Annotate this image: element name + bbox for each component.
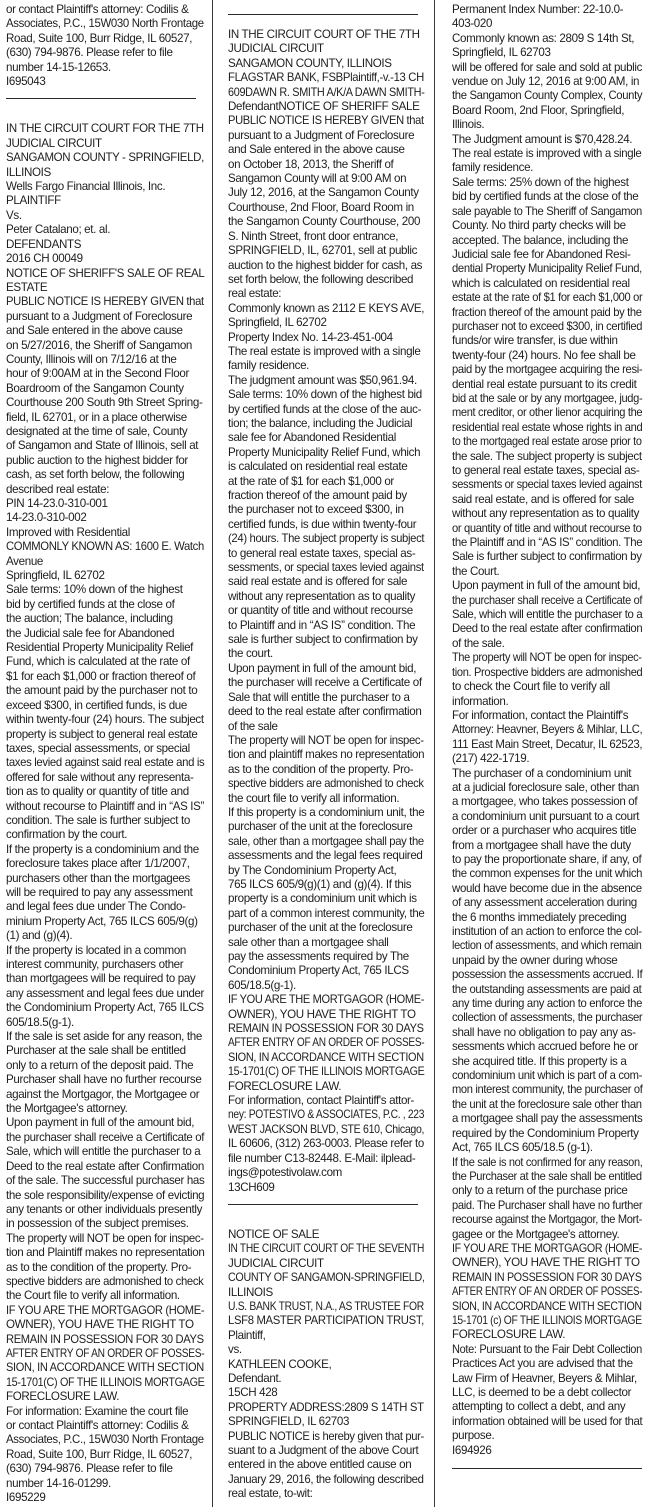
- notice-text-line: OWNER), YOU HAVE THE RIGHT TO: [6, 1318, 206, 1332]
- notice-text-line: field, IL 62701, or in a place otherwise: [6, 411, 206, 425]
- notice-text-line: Fund, which is calculated at the rate of: [6, 655, 206, 669]
- notice-text-line: The property will NOT be open for inspec…: [6, 1232, 203, 1246]
- notice-text-line: of the sale: [228, 720, 426, 734]
- notice-text-line: PUBLIC NOTICE IS HEREBY GIVEN that: [6, 295, 200, 309]
- notice-text-line: ment creditor, or other lienor acquiring…: [452, 406, 635, 420]
- notice-text-line: without recourse to Plaintiff and in “AS…: [6, 800, 205, 814]
- notice-text-line: number 14-15-12653.: [6, 61, 206, 75]
- notice-text-line: (217) 422-1719.: [452, 752, 644, 766]
- notice-text-line: family residence.: [452, 161, 644, 175]
- notice-text-line: within twenty-four (24) hours. The subje…: [6, 713, 206, 727]
- notice-text-line: said real estate, and is offered for sal…: [452, 493, 644, 507]
- notice-text-line: tion; the balance, including the Judicia…: [228, 417, 426, 431]
- notice-text-line: the purchaser will receive a Certificate…: [228, 676, 426, 690]
- notice-text-line: SPRINGFIELD, IL, 62701, sell at public: [228, 244, 426, 258]
- notice-text-line: against the Mortgagor, the Mortgagee or: [6, 1088, 206, 1102]
- notice-text-line: Courthouse 200 South 9th Street Spring-: [6, 396, 206, 410]
- notice-text-line: which is calculated on residential real: [452, 277, 644, 291]
- notice-text-line: deed to the real estate after confirmati…: [228, 705, 426, 719]
- notice-text-line: Avenue: [6, 555, 206, 569]
- notice-text-line: offered for sale without any representa-: [6, 771, 206, 785]
- notice-us-bank-v-cooke: NOTICE OF SALEIN THE CIRCUIT COURT OF TH…: [228, 1228, 426, 1502]
- notice-text-line: REMAIN IN POSSESSION FOR 30 DAYS: [6, 1333, 198, 1347]
- notice-text-line: REMAIN IN POSSESSION FOR 30 DAYS: [452, 1271, 629, 1285]
- notice-text-line: recourse against the Mortgagor, the Mort…: [452, 1213, 635, 1227]
- notice-text-line: auction to the highest bidder for cash, …: [228, 259, 426, 273]
- notice-text-line: I695043: [6, 75, 206, 89]
- notice-text-line: the Judicial sale fee for Abandoned: [6, 627, 206, 641]
- notice-text-line: purpose.: [452, 1429, 644, 1443]
- notice-text-line: sessments, or special taxes levied again…: [228, 561, 420, 575]
- column-left: or contact Plaintiff's attorney: Codilis…: [6, 3, 206, 1507]
- notice-text-line: sale is further subject to confirmation …: [228, 633, 426, 647]
- notice-text-line: ILLINOIS: [6, 166, 206, 180]
- notice-text-line: at a judicial foreclosure sale, other th…: [452, 781, 644, 795]
- notice-text-line: Permanent Index Number: 22-10.0-: [452, 3, 644, 17]
- notice-text-line: JUDICIAL CIRCUIT: [228, 1257, 426, 1271]
- notice-text-line: by The Condominium Property Act,: [228, 864, 426, 878]
- notice-text-line: AFTER ENTRY OF AN ORDER OF POSSES-: [228, 1036, 400, 1050]
- notice-text-line: For information, contact the Plaintiff's: [452, 709, 644, 723]
- notice-text-line: suant to a Judgment of the above Court: [228, 1444, 426, 1458]
- notice-separator: [452, 1468, 642, 1469]
- notice-text-line: fraction thereof of the amount paid by: [228, 489, 426, 503]
- notice-text-line: U.S. BANK TRUST, N.A., AS TRUSTEE FOR: [228, 1300, 404, 1314]
- notice-text-line: the unit at the foreclosure sale other t…: [452, 1098, 638, 1112]
- notice-text-line: and legal fees due under The Condo-: [6, 900, 206, 914]
- notice-text-line: any tenants or other individuals present…: [6, 1203, 206, 1217]
- notice-text-line: (24) hours. The subject property is subj…: [228, 532, 421, 546]
- notice-text-line: than mortgagees will be required to pay: [6, 972, 206, 986]
- notice-text-line: The real estate is improved with a singl…: [452, 147, 641, 161]
- notice-text-line: If the property is located in a common: [6, 944, 206, 958]
- notice-text-line: and Sale entered in the above cause: [6, 324, 206, 338]
- notice-text-line: Practices Act you are advised that the: [452, 1357, 644, 1371]
- notice-text-line: of the sale. The successful purchaser ha…: [6, 1174, 205, 1188]
- notice-text-line: COMMONLY KNOWN AS: 1600 E. Watch: [6, 540, 200, 554]
- notice-text-line: pay the assessments required by The: [228, 950, 426, 964]
- notice-text-line: without any representation as to quality: [452, 507, 644, 521]
- notice-text-line: REMAIN IN POSSESSION FOR 30 DAYS: [228, 1022, 416, 1036]
- notice-text-line: 13CH609: [228, 1181, 426, 1195]
- notice-text-line: The judgment amount was $50,961.94.: [228, 374, 426, 388]
- notice-text-line: Sale, which will entitle the purchaser t…: [452, 608, 640, 622]
- notice-text-line: If the sale is set aside for any reason,…: [6, 1030, 206, 1044]
- notice-text-line: to general real estate taxes, special as…: [228, 547, 426, 561]
- notice-text-line: DefendantNOTICE OF SHERIFF SALE: [228, 100, 426, 114]
- notice-text-line: sale payable to The Sheriff of Sangamon: [452, 205, 638, 219]
- notice-text-line: IN THE CIRCUIT COURT OF THE 7TH: [228, 28, 426, 42]
- notice-text-line: ney: POTESTIVO & ASSOCIATES, P.C. , 223: [228, 1108, 404, 1122]
- notice-text-line: only to a return of the purchase price: [452, 1184, 644, 1198]
- notice-text-line: designated at the time of sale, County: [6, 425, 206, 439]
- notice-text-line: Upon payment in full of the amount bid,: [6, 1116, 206, 1130]
- notice-text-line: AFTER ENTRY OF AN ORDER OF POSSES-: [6, 1347, 182, 1361]
- notice-text-line: information.: [452, 695, 644, 709]
- notice-text-line: funds/or wire transfer, is due within: [452, 334, 644, 348]
- notice-flagstar-v-smith: IN THE CIRCUIT COURT OF THE 7THJUDICIAL …: [228, 28, 426, 1195]
- notice-text-line: is calculated on residential real estate: [228, 460, 426, 474]
- notice-text-line: the outstanding assessments are paid at: [452, 983, 639, 997]
- column-divider: [212, 0, 213, 1507]
- notice-text-line: Deed to the real estate after confirmati…: [452, 622, 639, 636]
- notice-text-line: 609DAWN R. SMITH A/K/A DAWN SMITH-: [228, 86, 414, 100]
- notice-separator: [6, 98, 196, 99]
- notice-text-line: to Plaintiff and in “AS IS” condition. T…: [228, 619, 426, 633]
- notice-text-line: Upon payment in full of the amount bid,: [452, 579, 644, 593]
- notice-text-line: institution of an action to enforce the …: [452, 925, 641, 939]
- notice-text-line: JUDICIAL CIRCUIT: [228, 42, 426, 56]
- notice-text-line: Defendant.: [228, 1372, 426, 1386]
- notice-text-line: vs.: [228, 1343, 426, 1357]
- notice-text-line: the Sangamon County Courthouse, 200: [228, 215, 426, 229]
- notice-text-line: Wells Fargo Financial Illinois, Inc.: [6, 180, 206, 194]
- notice-text-line: pursuant to a Judgment of Foreclosure: [228, 129, 426, 143]
- notice-text-line: SION, IN ACCORDANCE WITH SECTION: [452, 1300, 627, 1314]
- notice-text-line: will be offered for sale and sold at pub…: [452, 61, 643, 75]
- notice-text-line: to general real estate taxes, special as…: [452, 464, 644, 478]
- notice-text-line: gagee or the Mortgagee's attorney.: [452, 1228, 644, 1242]
- notice-text-line: KATHLEEN COOKE,: [228, 1358, 426, 1372]
- column-right: Permanent Index Number: 22-10.0-403-020C…: [452, 3, 644, 1507]
- notice-text-line: 765 ILCS 605/9(g)(1) and (g)(4). If this: [228, 878, 426, 892]
- notice-text-line: Associates, P.C., 15W030 North Frontage: [6, 1433, 203, 1447]
- notice-text-line: (630) 794-9876. Please refer to file: [6, 46, 206, 60]
- notice-us-bank-v-cooke-continued: Permanent Index Number: 22-10.0-403-020C…: [452, 3, 644, 1458]
- notice-text-line: public auction to the highest bidder for: [6, 454, 206, 468]
- notice-text-line: $1 for each $1,000 or fraction thereof o…: [6, 670, 206, 684]
- notice-text-line: a condominium unit pursuant to a court: [452, 810, 644, 824]
- notice-text-line: the purchaser shall receive a Certificat…: [452, 594, 633, 608]
- notice-text-line: estate at the rate of $1 for each $1,000…: [452, 291, 636, 305]
- notice-text-line: the Court.: [452, 565, 644, 579]
- notice-text-line: condition. The sale is further subject t…: [6, 814, 206, 828]
- notice-text-line: order or a purchaser who acquires title: [452, 824, 644, 838]
- notice-text-line: IF YOU ARE THE MORTGAGOR (HOME-: [452, 1242, 629, 1256]
- notice-text-line: any time during any action to enforce th…: [452, 997, 639, 1011]
- notice-text-line: IF YOU ARE THE MORTGAGOR (HOME-: [6, 1304, 198, 1318]
- notice-text-line: the Mortgagee's attorney.: [6, 1102, 206, 1116]
- notice-text-line: on October 18, 2013, the Sheriff of: [228, 158, 426, 172]
- notice-text-line: Law Firm of Heavner, Beyers & Mihlar,: [452, 1372, 644, 1386]
- notice-text-line: AFTER ENTRY OF AN ORDER OF POSSES-: [452, 1285, 614, 1299]
- notice-text-line: ESTATE: [6, 281, 206, 295]
- notice-text-line: at the rate of $1 for each $1,000 or: [228, 475, 426, 489]
- notice-text-line: Illinois.: [452, 118, 644, 132]
- notice-text-line: required by the Condominium Property: [452, 1127, 644, 1141]
- notice-text-line: SION, IN ACCORDANCE WITH SECTION: [228, 1051, 415, 1065]
- notice-text-line: LLC, is deemed to be a debt collector: [452, 1386, 644, 1400]
- notice-text-line: (1) and (g)(4).: [6, 929, 206, 943]
- notice-text-line: Deed to the real estate after Confirmati…: [6, 1160, 206, 1174]
- notice-text-line: Springfield, IL 62702: [228, 316, 426, 330]
- notice-text-line: and Sale entered in the above cause: [228, 143, 426, 157]
- notice-text-line: spective bidders are admonished to check: [228, 777, 419, 791]
- notice-text-line: family residence.: [228, 359, 426, 373]
- notice-text-line: on 5/27/2016, the Sheriff of Sangamon: [6, 339, 206, 353]
- notice-text-line: tion as to quality or quantity of title …: [6, 785, 206, 799]
- notice-text-line: tion. Prospective bidders are admonished: [452, 666, 635, 680]
- notice-text-line: twenty-four (24) hours. No fee shall be: [452, 349, 644, 363]
- notice-text-line: If this property is a condominium unit, …: [228, 806, 426, 820]
- notice-text-line: mon interest community, the purchaser of: [452, 1083, 636, 1097]
- notice-text-line: Property Index No. 14-23-451-004: [228, 331, 426, 345]
- notice-text-line: Sangamon County will at 9:00 AM on: [228, 172, 426, 186]
- column-divider: [434, 0, 435, 1507]
- notice-text-line: Springfield, IL 62702: [6, 569, 206, 583]
- notice-text-line: Associates, P.C., 15W030 North Frontage: [6, 17, 203, 31]
- notice-text-line: lection of assessments, and which remain: [452, 939, 633, 953]
- notice-text-line: JUDICIAL CIRCUIT: [6, 137, 206, 151]
- notice-text-line: 605/18.5(g-1).: [228, 979, 426, 993]
- notice-text-line: PUBLIC NOTICE is hereby given that pur-: [228, 1430, 419, 1444]
- notice-text-line: Condominium Property Act, 765 ILCS: [228, 964, 426, 978]
- notice-text-line: the purchaser not to exceed $300, in: [228, 503, 426, 517]
- notice-text-line: condominium unit which is part of a com-: [452, 1069, 638, 1083]
- notice-text-line: to pay the proportionate share, if any, …: [452, 853, 644, 867]
- notice-text-line: Board Room, 2nd Floor, Springfield,: [452, 104, 644, 118]
- notice-text-line: 111 East Main Street, Decatur, IL 62523,: [452, 738, 641, 752]
- notice-text-line: Road, Suite 100, Burr Ridge, IL 60527,: [6, 1448, 206, 1462]
- notice-text-line: foreclosure takes place after 1/1/2007,: [6, 857, 206, 871]
- notice-text-line: Note: Pursuant to the Fair Debt Collecti…: [452, 1343, 634, 1357]
- notice-text-line: The Judgment amount is $70,428.24.: [452, 133, 644, 147]
- notice-text-line: DEFENDANTS: [6, 238, 206, 252]
- notice-text-line: in possession of the subject premises.: [6, 1217, 206, 1231]
- notice-text-line: COUNTY OF SANGAMON-SPRINGFIELD,: [228, 1271, 411, 1285]
- notice-text-line: the court.: [228, 647, 426, 661]
- notice-text-line: the sole responsibility/expense of evict…: [6, 1189, 206, 1203]
- notice-text-line: 14-23.0-310-002: [6, 511, 206, 525]
- notice-text-line: 2016 CH 00049: [6, 252, 206, 266]
- notice-text-line: Commonly known as 2112 E KEYS AVE,: [228, 302, 425, 316]
- notice-text-line: The property will NOT be open for inspec…: [452, 651, 633, 665]
- notice-text-line: a mortgagee shall pay the assessments: [452, 1112, 643, 1126]
- notice-text-line: possession the assessments accrued. If: [452, 968, 642, 982]
- notice-text-line: entered in the above entitled cause on: [228, 1458, 426, 1472]
- notice-text-line: dential real estate pursuant to its cred…: [452, 378, 644, 392]
- notice-text-line: cash, as set forth below, the following: [6, 468, 206, 482]
- notice-text-line: of the sale.: [452, 637, 644, 651]
- notice-fragment-codilis-14-15-12653: or contact Plaintiff's attorney: Codilis…: [6, 3, 206, 89]
- notice-text-line: IN THE CIRCUIT COURT OF THE SEVENTH: [228, 1242, 402, 1256]
- notice-text-line: collection of assessments, the purchaser: [452, 1011, 639, 1025]
- notice-text-line: described real estate:: [6, 483, 206, 497]
- notice-text-line: information obtained will be used for th…: [452, 1415, 641, 1429]
- notice-text-line: PIN 14-23.0-310-001: [6, 497, 206, 511]
- notice-text-line: of any assessment acceleration during: [452, 896, 644, 910]
- notice-text-line: SION, IN ACCORDANCE WITH SECTION: [6, 1361, 196, 1375]
- notice-text-line: the purchaser shall receive a Certificat…: [6, 1131, 203, 1145]
- notice-text-line: IN THE CIRCUIT COURT FOR THE 7TH: [6, 122, 204, 136]
- notice-text-line: the court file to verify all information…: [228, 792, 426, 806]
- notice-text-line: S. Ninth Street, front door entrance,: [228, 230, 426, 244]
- notice-text-line: If the sale is not confirmed for any rea…: [452, 1156, 634, 1170]
- notice-text-line: PLAINTIFF: [6, 194, 206, 208]
- notice-text-line: OWNER), YOU HAVE THE RIGHT TO: [228, 1008, 426, 1022]
- notice-text-line: SPRINGFIELD, IL 62703: [228, 1415, 426, 1429]
- notice-text-line: FORECLOSURE LAW.: [6, 1390, 206, 1404]
- notice-text-line: 15CH 428: [228, 1386, 426, 1400]
- notice-text-line: she acquired title. If this property is …: [452, 1055, 644, 1069]
- notice-text-line: FORECLOSURE LAW.: [452, 1328, 644, 1342]
- notice-text-line: Purchaser shall have no further recourse: [6, 1073, 206, 1087]
- notice-text-line: taxes, special assessments, or special: [6, 742, 206, 756]
- notice-text-line: sessments or special taxes levied agains…: [452, 478, 635, 492]
- notice-text-line: exceed $300, in certified funds, is due: [6, 699, 206, 713]
- notice-text-line: WEST JACKSON BLVD, STE 610, Chicago,: [228, 1123, 409, 1137]
- notice-text-line: ILLINOIS: [228, 1286, 426, 1300]
- notice-text-line: unpaid by the owner during whose: [452, 954, 644, 968]
- notice-text-line: purchaser not to exceed $300, in certifi…: [452, 320, 636, 334]
- notice-text-line: Peter Catalano; et. al.: [6, 223, 206, 237]
- notice-text-line: sale, other than a mortgagee shall pay t…: [228, 835, 420, 849]
- notice-text-line: Sale is further subject to confirmation …: [452, 550, 642, 564]
- notice-text-line: the Plaintiff and in “AS IS” condition. …: [452, 536, 641, 550]
- notice-text-line: the Court file to verify all information…: [6, 1289, 206, 1303]
- notice-text-line: certified funds, is due within twenty-fo…: [228, 518, 426, 532]
- notice-text-line: FORECLOSURE LAW.: [228, 1080, 426, 1094]
- notice-text-line: IL 60606, (312) 263-0003. Please refer t…: [228, 1137, 424, 1151]
- notice-text-line: 15-1701(C) OF THE ILLINOIS MORTGAGE: [6, 1376, 192, 1390]
- notice-text-line: set forth below, the following described: [228, 273, 426, 287]
- notice-text-line: bid by certified funds at the close of t…: [452, 190, 644, 204]
- notice-text-line: number 14-16-01299.: [6, 1477, 206, 1491]
- notice-text-line: real estate:: [228, 287, 426, 301]
- notice-text-line: by certified funds at the close of the a…: [228, 403, 426, 417]
- notice-text-line: said real estate and is offered for sale: [228, 575, 426, 589]
- notice-text-line: the auction; The balance, including: [6, 612, 206, 626]
- notice-text-line: purchasers other than the mortgagees: [6, 872, 206, 886]
- notice-text-line: or contact Plaintiff's attorney: Codilis…: [6, 3, 206, 17]
- notice-text-line: only to a return of the deposit paid. Th…: [6, 1059, 206, 1073]
- notice-text-line: Springfield, IL 62703: [452, 46, 644, 60]
- notice-text-line: would have become due in the absence: [452, 882, 642, 896]
- notice-text-line: For information, contact Plaintiff's att…: [228, 1094, 426, 1108]
- notice-text-line: ings@potestivolaw.com: [228, 1166, 426, 1180]
- legal-notices-page: or contact Plaintiff's attorney: Codilis…: [0, 0, 646, 1507]
- notice-text-line: Property Municipality Relief Fund, which: [228, 446, 426, 460]
- notice-text-line: as to the condition of the property. Pro…: [6, 1261, 206, 1275]
- notice-text-line: Road, Suite 100, Burr Ridge, IL 60527,: [6, 32, 206, 46]
- notice-text-line: NOTICE OF SALE: [228, 1228, 426, 1242]
- notice-text-line: Plaintiff,: [228, 1329, 426, 1343]
- notice-text-line: SANGAMON COUNTY - SPRINGFIELD,: [6, 151, 204, 165]
- notice-text-line: taxes levied against said real estate an…: [6, 756, 202, 770]
- notice-text-line: tion and plaintiff makes no representati…: [228, 748, 425, 762]
- notice-text-line: January 29, 2016, the following describe…: [228, 1473, 422, 1487]
- notice-separator: [228, 14, 418, 15]
- notice-text-line: part of a common interest community, the: [228, 907, 424, 921]
- notice-text-line: shall have no obligation to pay any as-: [452, 1026, 644, 1040]
- notice-text-line: If the property is a condominium and the: [6, 843, 206, 857]
- notice-text-line: PROPERTY ADDRESS:2809 S 14TH ST: [228, 1401, 421, 1415]
- notice-text-line: LSF8 MASTER PARTICIPATION TRUST,: [228, 1314, 421, 1328]
- notice-text-line: residential real estate whose rights in …: [452, 421, 636, 435]
- notice-text-line: attempting to collect a debt, and any: [452, 1400, 644, 1414]
- notice-text-line: the Condominium Property Act, 765 ILCS: [6, 1001, 205, 1015]
- notice-text-line: without any representation as to quality: [228, 590, 426, 604]
- notice-text-line: minium Property Act, 765 ILCS 605/9(g): [6, 915, 206, 929]
- notice-text-line: PUBLIC NOTICE IS HEREBY GIVEN that: [228, 114, 418, 128]
- notice-text-line: will be required to pay any assessment: [6, 886, 206, 900]
- notice-text-line: to the mortgaged real estate arose prior…: [452, 435, 633, 449]
- notice-text-line: 403-020: [452, 17, 644, 31]
- notice-text-line: Act, 765 ILCS 605/18.5 (g-1).: [452, 1141, 644, 1155]
- notice-text-line: paid. The Purchaser shall have no furthe…: [452, 1199, 636, 1213]
- notice-text-line: purchaser of the unit at the foreclosure: [228, 820, 426, 834]
- notice-text-line: purchaser of the unit at the foreclosure: [228, 921, 426, 935]
- notice-text-line: sessments which accrued before he or: [452, 1040, 644, 1054]
- notice-text-line: bid by certified funds at the close of: [6, 598, 206, 612]
- notice-text-line: sale fee for Abandoned Residential: [228, 431, 426, 445]
- notice-text-line: FLAGSTAR BANK, FSBPlaintiff,-v.-13 CH: [228, 71, 421, 85]
- notice-text-line: Sale terms: 10% down of the highest: [6, 583, 206, 597]
- notice-text-line: The property will NOT be open for inspec…: [228, 734, 421, 748]
- notice-text-line: the Purchaser at the sale shall be entit…: [452, 1170, 636, 1184]
- notice-text-line: NOTICE OF SHERIFF'S SALE OF REAL: [6, 267, 204, 281]
- notice-text-line: County, Illinois will on 7/12/16 at the: [6, 353, 206, 367]
- notice-text-line: the Sangamon County Complex, County: [452, 89, 639, 103]
- notice-separator: [228, 1204, 418, 1205]
- notice-text-line: The purchaser of a condominium unit: [452, 767, 644, 781]
- notice-text-line: file number C13-82448. E-Mail: ilplead-: [228, 1152, 426, 1166]
- notice-text-line: spective bidders are admonished to check: [6, 1275, 201, 1289]
- notice-text-line: pursuant to a Judgment of Foreclosure: [6, 310, 206, 324]
- notice-text-line: property is subject to general real esta…: [6, 728, 206, 742]
- notice-text-line: real estate, to-wit:: [228, 1487, 426, 1501]
- notice-text-line: Sale terms: 10% down of the highest bid: [228, 388, 426, 402]
- notice-text-line: OWNER), YOU HAVE THE RIGHT TO: [452, 1256, 644, 1270]
- notice-text-line: Vs.: [6, 209, 206, 223]
- notice-text-line: from a mortgagee shall have the duty: [452, 839, 644, 853]
- notice-text-line: Boardroom of the Sangamon County: [6, 382, 206, 396]
- notice-text-line: Commonly known as: 2809 S 14th St,: [452, 32, 644, 46]
- notice-text-line: or quantity of title and without recours…: [228, 604, 426, 618]
- notice-text-line: 15-1701(C) OF THE ILLINOIS MORTGAGE: [228, 1065, 410, 1079]
- notice-text-line: IF YOU ARE THE MORTGAGOR (HOME-: [228, 993, 416, 1007]
- notice-text-line: dential Property Municipality Relief Fun…: [452, 262, 638, 276]
- notice-text-line: assessments and the legal fees required: [228, 849, 426, 863]
- notice-text-line: 15-1701 (c) OF THE ILLINOIS MORTGAGE: [452, 1314, 622, 1328]
- notice-text-line: interest community, purchasers other: [6, 958, 206, 972]
- notice-text-line: The real estate is improved with a singl…: [228, 345, 426, 359]
- notice-text-line: Residential Property Municipality Relief: [6, 641, 206, 655]
- notice-text-line: the common expenses for the unit which: [452, 867, 640, 881]
- notice-text-line: as to the condition of the property. Pro…: [228, 763, 426, 777]
- notice-text-line: property is a condominium unit which is: [228, 892, 426, 906]
- notice-text-line: Improved with Residential: [6, 526, 206, 540]
- notice-text-line: paid by the mortgagee acquiring the resi…: [452, 363, 638, 377]
- notice-text-line: For information: Examine the court file: [6, 1405, 206, 1419]
- notice-text-line: vendue on July 12, 2016 at 9:00 AM, in: [452, 75, 644, 89]
- notice-text-line: confirmation by the court.: [6, 828, 206, 842]
- notice-text-line: a mortgagee, who takes possession of: [452, 795, 644, 809]
- notice-text-line: or quantity of title and without recours…: [452, 522, 637, 536]
- notice-text-line: SANGAMON COUNTY, ILLINOIS: [228, 57, 426, 71]
- notice-text-line: the amount paid by the purchaser not to: [6, 684, 206, 698]
- notice-text-line: Judicial sale fee for Abandoned Resi-: [452, 248, 644, 262]
- notice-text-line: fraction thereof of the amount paid by t…: [452, 306, 637, 320]
- notice-text-line: sale other than a mortgagee shall: [228, 936, 426, 950]
- notice-text-line: Sale that will entitle the purchaser to …: [228, 691, 426, 705]
- notice-text-line: July 12, 2016, at the Sangamon County: [228, 186, 426, 200]
- notice-text-line: I694926: [452, 1444, 644, 1458]
- notice-text-line: 605/18.5(g-1).: [6, 1016, 206, 1030]
- notice-text-line: accepted. The balance, including the: [452, 234, 644, 248]
- notice-text-line: Courthouse, 2nd Floor, Board Room in: [228, 201, 426, 215]
- notice-text-line: of Sangamon and State of Illinois, sell …: [6, 439, 206, 453]
